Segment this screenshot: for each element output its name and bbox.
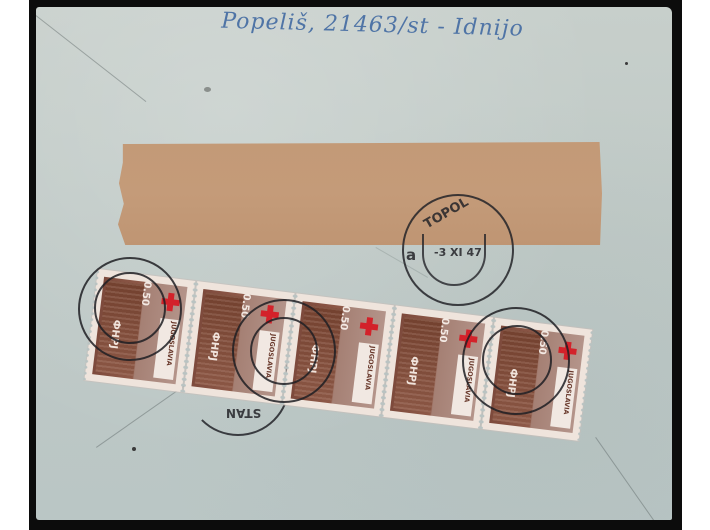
cancel-ring bbox=[94, 272, 166, 344]
stamp-picture: ФНРЈ bbox=[393, 317, 442, 413]
paper-spot bbox=[625, 62, 628, 65]
cancel-ring bbox=[482, 325, 552, 395]
cancel-ring bbox=[250, 317, 318, 385]
postmark-inner-ring bbox=[422, 234, 486, 286]
fold-line bbox=[36, 15, 146, 102]
postmark-letter: a bbox=[406, 246, 416, 264]
topola-postmark: TOPOL a -3 XI 47 bbox=[402, 194, 514, 306]
stamp-value: 0.50 bbox=[437, 317, 451, 343]
paper-spot bbox=[132, 447, 136, 451]
fold-line bbox=[595, 437, 659, 520]
brown-tape-strip bbox=[118, 142, 602, 245]
paper-spot bbox=[204, 87, 211, 92]
red-cross-icon bbox=[359, 316, 379, 336]
handwritten-address: Popeliš, 21463/st - Idnijo bbox=[220, 9, 551, 62]
stamp-country-label: JUGOSLAVIA bbox=[352, 342, 379, 404]
postmark-date: -3 XI 47 bbox=[434, 246, 482, 259]
stamp-inscription: ФНРЈ bbox=[405, 356, 419, 386]
envelope: Popeliš, 21463/st - Idnijo TOPOL a -3 XI… bbox=[36, 7, 672, 520]
stamp-value: 0.50 bbox=[338, 305, 352, 331]
stamp-country-latin: JUGOSLAVIA bbox=[363, 346, 376, 391]
stamp-inscription: ФНРЈ bbox=[207, 331, 221, 361]
